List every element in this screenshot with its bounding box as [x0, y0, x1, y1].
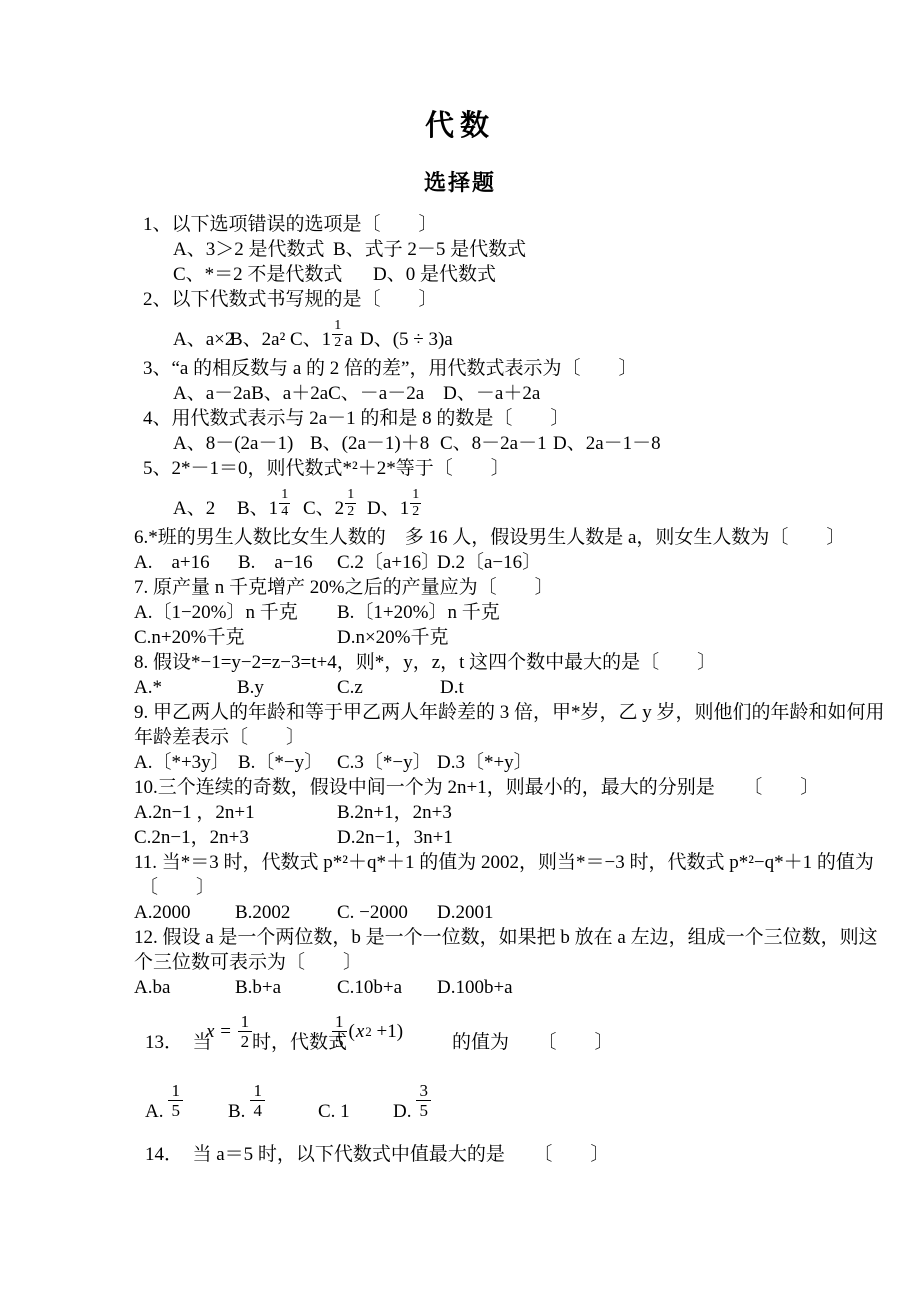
option-a: A、3＞2 是代数式 — [173, 237, 324, 262]
fraction: 12 — [238, 1013, 253, 1050]
question-10-statement: 10.三个连续的奇数，假设中间一个为 2n+1，则最小的，最大的分别是 〔 〕 — [0, 775, 920, 800]
option-c: C. 1 — [318, 1073, 350, 1128]
option-b: B.2002 — [235, 900, 290, 925]
formula-x-equals-half: x = 12 — [205, 1004, 254, 1059]
option-c: C、112a — [290, 312, 353, 356]
formula-one-fifth-expression: 15(x2 +1) — [330, 1004, 403, 1059]
question-8-statement: 8. 假设*−1=y−2=z−3=t+4，则*，y，z，t 这四个数中最大的是〔… — [0, 650, 920, 675]
question-12-statement-line-2: 个三位数可表示为〔 〕 — [0, 950, 920, 975]
doc-subtitle: 选择题 — [0, 168, 920, 198]
option-c: C.n+20%千克 — [134, 625, 244, 650]
option-d: D.n×20%千克 — [337, 625, 449, 650]
question-11-options: A.2000 B.2002 C. −2000 D.2001 — [0, 900, 920, 925]
question-2-options: A、a×2 B、2a² C、112a D、(5 ÷ 3)a — [0, 312, 920, 356]
question-5-options: A、2 B、114 C、212 D、112 — [0, 481, 920, 525]
question-13-number: 13． 当 — [145, 1004, 212, 1059]
fraction: 14 — [279, 488, 290, 519]
question-9-statement-line-2: 年龄差表示〔 〕 — [0, 725, 920, 750]
question-7-statement: 7. 原产量 n 千克增产 20%之后的产量应为〔 〕 — [0, 575, 920, 600]
fraction: 14 — [250, 1082, 265, 1119]
option-b: B、式子 2－5 是代数式 — [333, 237, 526, 262]
question-8-options: A.* B.y C.z D.t — [0, 675, 920, 700]
question-12-statement-line-1: 12. 假设 a 是一个两位数，b 是一个一位数，如果把 b 放在 a 左边，组… — [0, 925, 920, 950]
question-13-tail-text: 的值为 〔 〕 — [452, 1004, 614, 1059]
question-9-options: A.〔*+3y〕 B.〔*−y〕 C.3〔*−y〕 D.3〔*+y〕 — [0, 750, 920, 775]
question-9-statement-line-1: 9. 甲乙两人的年龄和等于甲乙两人年龄差的 3 倍，甲*岁，乙 y 岁，则他们的… — [0, 700, 920, 725]
question-13-statement: 13． 当 x = 12 时，代数式 15(x2 +1) 的值为 〔 〕 — [0, 1004, 920, 1059]
option-c: C.2n−1，2n+3 — [134, 825, 249, 850]
option-b: B.〔1+20%〕n 千克 — [337, 600, 500, 625]
option-c: C、8－2a－1 — [440, 431, 547, 456]
question-3-options: A、a－2aB、a＋2aC、－a－2a D、－a＋2a — [0, 381, 920, 406]
option-c: C.z — [337, 675, 363, 700]
option-b: B.〔*−y〕 — [238, 750, 323, 775]
doc-title: 代数 — [0, 108, 920, 144]
option-d: D.2n−1，3n+1 — [337, 825, 453, 850]
option-d: D、2a－1－8 — [553, 431, 661, 456]
question-1-options-row-1: A、3＞2 是代数式 B、式子 2－5 是代数式 — [0, 237, 920, 262]
option-a: A、8－(2a－1) — [173, 431, 293, 456]
fraction: 15 — [332, 1013, 347, 1050]
option-c: C、*＝2 不是代数式 — [173, 262, 342, 287]
option-b: B.b+a — [235, 975, 281, 1000]
question-4-statement: 4、用代数式表示与 2a－1 的和是 8 的数是〔 〕 — [0, 406, 920, 431]
option-d: D、(5 ÷ 3)a — [360, 312, 453, 356]
question-7-options-row-1: A.〔1−20%〕n 千克 B.〔1+20%〕n 千克 — [0, 600, 920, 625]
option-a: A.〔*+3y〕 — [134, 750, 230, 775]
option-a: A.15 — [145, 1073, 185, 1128]
option-d: D.35 — [393, 1073, 433, 1128]
option-a: A.2000 — [134, 900, 190, 925]
option-d: D.t — [440, 675, 464, 700]
fraction: 12 — [345, 488, 356, 519]
option-a: A. a+16 — [134, 550, 210, 575]
option-a: A、2 — [173, 481, 215, 525]
question-11-statement-line-1: 11. 当*＝3 时，代数式 p*²＋q*＋1 的值为 2002，则当*＝−3 … — [0, 850, 920, 875]
option-a: A.2n−1 ，2n+1 — [134, 800, 255, 825]
option-c: C、212 — [303, 481, 357, 525]
question-11-answer-blank: 〔 〕 — [0, 875, 920, 900]
option-d: D.2001 — [437, 900, 493, 925]
option-d: D、112 — [367, 481, 422, 525]
option-c: C.3〔*−y〕 — [337, 750, 432, 775]
question-2-statement: 2、以下代数式书写规的是〔 〕 — [0, 287, 920, 312]
option-b: B.14 — [228, 1073, 267, 1128]
option-b: B.2n+1，2n+3 — [337, 800, 452, 825]
question-13-options: A.15 B.14 C. 1 D.35 — [0, 1073, 920, 1128]
question-10-options-row-2: C.2n−1，2n+3 D.2n−1，3n+1 — [0, 825, 920, 850]
question-12-options: A.ba B.b+a C.10b+a D.100b+a — [0, 975, 920, 1000]
question-6-statement: 6.*班的男生人数比女生人数的 多 16 人，假设男生人数是 a，则女生人数为〔… — [0, 525, 920, 550]
option-d: D.3〔*+y〕 — [437, 750, 533, 775]
option-b: B、2a² — [230, 312, 285, 356]
question-5-statement: 5、2*－1＝0，则代数式*²＋2*等于〔 〕 — [0, 456, 920, 481]
question-3-statement: 3、“a 的相反数与 a 的 2 倍的差”，用代数式表示为〔 〕 — [0, 356, 920, 381]
fraction: 12 — [410, 488, 421, 519]
option-d: D.2〔a−16〕 — [437, 550, 541, 575]
option-b: B.y — [237, 675, 264, 700]
option-b: B. a−16 — [238, 550, 313, 575]
question-1-statement: 1、以下选项错误的选项是〔 〕 — [0, 212, 920, 237]
question-7-options-row-2: C.n+20%千克 D.n×20%千克 — [0, 625, 920, 650]
question-10-options-row-1: A.2n−1 ，2n+1 B.2n+1，2n+3 — [0, 800, 920, 825]
option-c: C.2〔a+16〕 — [337, 550, 440, 575]
option-a: A、a×2 — [173, 312, 234, 356]
option-c: C.10b+a — [337, 975, 402, 1000]
fraction: 35 — [416, 1082, 431, 1119]
option-a: A.ba — [134, 975, 170, 1000]
option-d: D、0 是代数式 — [373, 262, 496, 287]
fraction: 12 — [332, 319, 343, 350]
question-14-statement: 14． 当 a＝5 时，以下代数式中值最大的是 〔 〕 — [0, 1142, 920, 1167]
fraction: 15 — [168, 1082, 183, 1119]
option-a: A.* — [134, 675, 162, 700]
worksheet-page: 代数 选择题 1、以下选项错误的选项是〔 〕 A、3＞2 是代数式 B、式子 2… — [0, 0, 920, 1302]
question-6-options: A. a+16 B. a−16 C.2〔a+16〕 D.2〔a−16〕 — [0, 550, 920, 575]
option-b: B、(2a－1)＋8 — [310, 431, 429, 456]
option-c: C. −2000 — [337, 900, 408, 925]
option-b: B、114 — [237, 481, 291, 525]
option-d: D.100b+a — [437, 975, 513, 1000]
option-a: A.〔1−20%〕n 千克 — [134, 600, 298, 625]
question-4-options: A、8－(2a－1) B、(2a－1)＋8 C、8－2a－1 D、2a－1－8 — [0, 431, 920, 456]
question-1-options-row-2: C、*＝2 不是代数式 D、0 是代数式 — [0, 262, 920, 287]
